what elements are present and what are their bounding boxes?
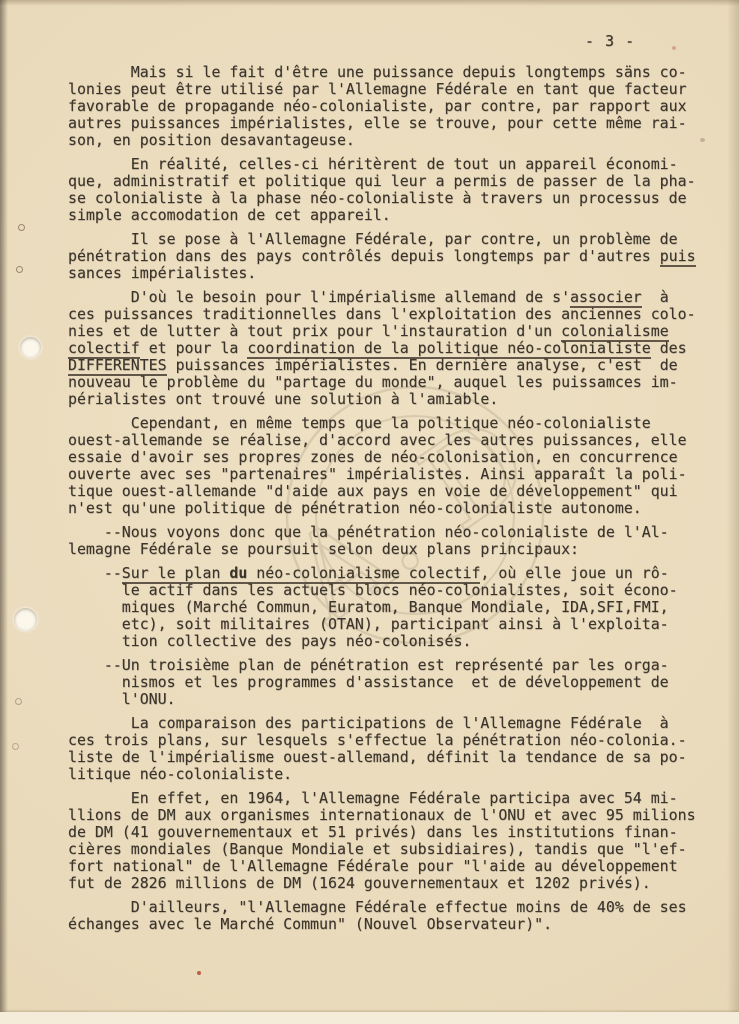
scan-edge-bottom [0,1012,739,1024]
text-segment: de DM (41 gouvernementaux et 51 privés) … [68,823,678,841]
text-line: pénétration dans des pays contrôlés depu… [68,248,718,265]
paper-speck [197,971,201,975]
paragraph: En réalité, celles-ci héritèrent de tout… [68,156,718,224]
text-line: --Un troisième plan de pénétration est r… [68,657,718,674]
paragraph: --Un troisième plan de pénétration est r… [68,657,718,708]
page-number: - 3 - [585,33,635,50]
text-segment: tique ouest-allemande "d'aide aux pays e… [68,482,678,500]
paragraph: En effet, en 1964, l'Allemagne Fédérale … [68,790,718,892]
text-line: n'est qu'une politique de pénétration né… [68,500,718,517]
paper-speck [18,224,25,231]
text-line: Il se pose à l'Allemagne Fédérale, par c… [68,231,718,248]
text-segment: liste de l'impérialisme ouest-allemand, … [68,748,687,766]
text-line: tique ouest-allemande "d'aide aux pays e… [68,483,718,500]
scanned-page: A. D - 3 - Mais si le fait d'être une pu… [0,0,739,1024]
text-segment: lemagne Fédérale se poursuit selon deux … [68,540,579,558]
text-segment: En effet, en 1964, l'Allemagne Fédérale … [68,789,678,807]
text-line: l'ONU. [68,691,718,708]
text-line: llions de DM aux organismes internationa… [68,807,718,824]
text-segment: Mais si le fait d'être une puissance dep… [68,63,687,81]
text-line: simple accomodation de cet appareil. [68,207,718,224]
text-segment: se colonialiste à la phase néo-coloniali… [68,189,687,207]
text-line: D'ailleurs, "l'Allemagne Fédérale effect… [68,899,718,916]
text-segment: , où elle joue un rô- [480,564,668,582]
text-segment: favorable de propagande néo-colonialiste… [68,97,687,115]
text-line: ouest-allemande se réalise, d'accord ave… [68,432,718,449]
paragraph: Il se pose à l'Allemagne Fédérale, par c… [68,231,718,282]
text-line: La comparaison des participations de l'A… [68,715,718,732]
text-segment: -- [68,564,122,582]
text-line: le actif dans les actuels blocs néo-colo… [68,582,718,599]
paragraph: La comparaison des participations de l'A… [68,715,718,783]
text-segment: tion collective des pays néo-colonisés. [68,632,471,650]
text-segment: et pour la [140,339,248,357]
text-segment: miques (Marché Commun, Euratom, Banque M… [68,598,669,616]
text-line: nouveau le problème du "partage du monde… [68,374,718,391]
paper-speck [672,46,676,50]
text-segment: périalistes ont trouvé une solution à l'… [68,390,498,408]
scan-edge-right [727,0,739,1024]
text-segment: --Un troisième plan de pénétration est r… [68,656,669,674]
text-line: Mais si le fait d'être une puissance dep… [68,64,718,81]
text-segment: puissances impérialistes. En dernière an… [167,356,678,374]
text-segment: nies et de lutter à tout prix pour l'ins… [68,322,561,340]
paper-speck [700,138,705,142]
text-segment: son, en position desavantageuse. [68,131,355,149]
text-line: lemagne Fédérale se poursuit selon deux … [68,541,718,558]
text-segment: ces puissances traditionnelles dans l'ex… [68,305,696,323]
text-segment: l'ONU. [68,690,176,708]
text-line: fut de 2826 millions de DM (1624 gouvern… [68,875,718,892]
text-line: Cependant, en même temps que la politiqu… [68,415,718,432]
text-segment: puis [660,247,696,267]
paragraph: D'ailleurs, "l'Allemagne Fédérale effect… [68,899,718,933]
text-line: ces trois plans, sur lesquels s'effectue… [68,732,718,749]
text-line: En réalité, celles-ci héritèrent de tout… [68,156,718,173]
text-line: fort national" de l'Allemagne Fédérale p… [68,858,718,875]
text-line: cières mondiales (Banque Mondiale et sub… [68,841,718,858]
scan-edge-left [0,0,8,1024]
paragraph: --Nous voyons donc que la pénétration né… [68,524,718,558]
text-segment: D'où le besoin pour l'impérialisme allem… [68,288,570,306]
text-line: ces puissances traditionnelles dans l'ex… [68,306,718,323]
text-line: lonies peut être utilisé par l'Allemagne… [68,81,718,98]
text-line: etc), soit militaires (OTAN), participan… [68,616,718,633]
text-segment: lonies peut être utilisé par l'Allemagne… [68,80,687,98]
text-line: liste de l'impérialisme ouest-allemand, … [68,749,718,766]
text-line: échanges avec le Marché Commun" (Nouvel … [68,916,718,933]
paragraph: --Sur le plan du néo-colonialisme colect… [68,565,718,650]
text-segment: llions de DM aux organismes internationa… [68,806,696,824]
text-segment: ouest-allemande se réalise, d'accord ave… [68,431,687,449]
text-segment: En réalité, celles-ci héritèrent de tout… [68,155,678,173]
text-line: DIFFERENTES puissances impérialistes. En… [68,357,718,374]
text-line: périalistes ont trouvé une solution à l'… [68,391,718,408]
text-segment: n'est qu'une politique de pénétration né… [68,499,642,517]
scan-edge-top [0,0,739,6]
text-segment: nouveau le problème du "partage du monde… [68,373,678,391]
text-line: sances impérialistes. [68,265,718,282]
text-line: essaie d'avoir ses propres zones de néo-… [68,449,718,466]
text-line: litique néo-colonialiste. [68,766,718,783]
text-segment: pénétration dans des pays contrôlés depu… [68,247,660,265]
text-segment: le actif dans les actuels blocs néo-colo… [68,581,678,599]
text-segment: Il se pose à l'Allemagne Fédérale, par c… [68,230,678,248]
text-segment: nismos et les programmes d'assistance et… [68,673,669,691]
text-line: que, administratif et politique qui leur… [68,173,718,190]
text-segment: ces trois plans, sur lesquels s'effectue… [68,731,687,749]
text-segment: sances impérialistes. [68,264,256,282]
text-line: --Sur le plan du néo-colonialisme colect… [68,565,718,582]
text-line: son, en position desavantageuse. [68,132,718,149]
text-segment: que, administratif et politique qui leur… [68,172,696,190]
text-line: favorable de propagande néo-colonialiste… [68,98,718,115]
paper-speck [12,743,19,750]
text-segment: fort national" de l'Allemagne Fédérale p… [68,857,678,875]
punch-hole [20,337,41,358]
text-line: nismos et les programmes d'assistance et… [68,674,718,691]
text-segment: autres puissances impérialistes, elle se… [68,114,687,132]
text-line: En effet, en 1964, l'Allemagne Fédérale … [68,790,718,807]
text-segment: ouverte avec ses "partenaires" impériali… [68,465,687,483]
text-line: nies et de lutter à tout prix pour l'ins… [68,323,718,340]
paragraph: D'où le besoin pour l'impérialisme allem… [68,289,718,408]
text-segment: Cependant, en même temps que la politiqu… [68,414,651,432]
text-line: miques (Marché Commun, Euratom, Banque M… [68,599,718,616]
document-body: Mais si le fait d'être une puissance dep… [68,64,718,940]
paragraph: Cependant, en même temps que la politiqu… [68,415,718,517]
text-segment: D'ailleurs, "l'Allemagne Fédérale effect… [68,898,687,916]
text-segment: fut de 2826 millions de DM (1624 gouvern… [68,874,651,892]
text-segment: cières mondiales (Banque Mondiale et sub… [68,840,687,858]
text-segment: essaie d'avoir ses propres zones de néo-… [68,448,678,466]
text-segment: La comparaison des participations de l'A… [68,714,669,732]
text-line: ouverte avec ses "partenaires" impériali… [68,466,718,483]
text-line: colectif et pour la coordination de la p… [68,340,718,357]
text-segment: échanges avec le Marché Commun" (Nouvel … [68,915,552,933]
paper-speck [16,266,23,273]
paragraph: Mais si le fait d'être une puissance dep… [68,64,718,149]
text-line: --Nous voyons donc que la pénétration né… [68,524,718,541]
text-line: de DM (41 gouvernementaux et 51 privés) … [68,824,718,841]
text-segment: --Nous voyons donc que la pénétration né… [68,523,669,541]
text-line: tion collective des pays néo-colonisés. [68,633,718,650]
text-segment: simple accomodation de cet appareil. [68,206,391,224]
text-line: se colonialiste à la phase néo-coloniali… [68,190,718,207]
text-line: D'où le besoin pour l'impérialisme allem… [68,289,718,306]
text-segment: à [642,288,669,306]
text-segment: des [651,339,687,357]
text-line: autres puissances impérialistes, elle se… [68,115,718,132]
paper-speck [15,698,22,705]
text-segment: litique néo-colonialiste. [68,765,292,783]
punch-hole [14,608,37,631]
text-segment: etc), soit militaires (OTAN), participan… [68,615,669,633]
